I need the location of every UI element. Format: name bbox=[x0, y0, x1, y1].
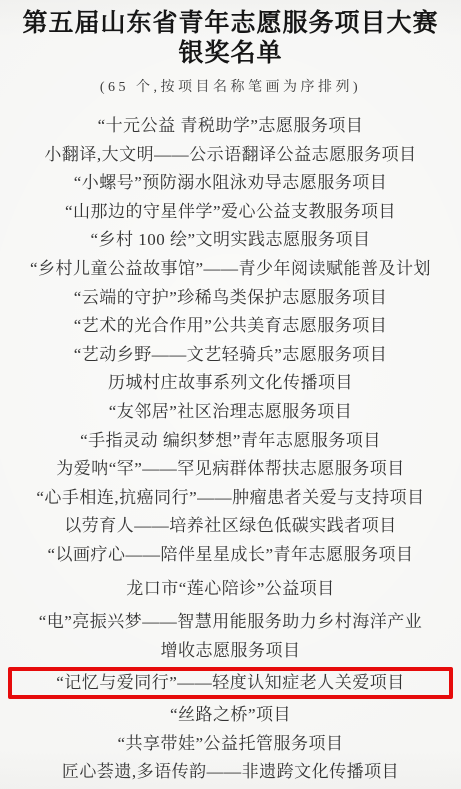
project-item-highlighted: “记忆与爱同行”——轻度认知症老人关爱项目 bbox=[8, 667, 453, 699]
document-subtitle: (65 个,按项目名称笔画为序排列) bbox=[0, 78, 461, 98]
project-item: “友邻居”社区治理志愿服务项目 bbox=[0, 398, 461, 427]
project-item: “艺术的光合作用”公共美育志愿服务项目 bbox=[0, 312, 461, 341]
project-item: “丝路之桥”项目 bbox=[0, 701, 461, 730]
project-item: “手指灵动 编织梦想”青年志愿服务项目 bbox=[0, 427, 461, 456]
project-item-line: 历城村庄故事系列文化传播项目 bbox=[0, 369, 461, 398]
project-item: “云端的守护”珍稀鸟类保护志愿服务项目 bbox=[0, 284, 461, 313]
project-item-line: 为爱呐“罕”——罕见病群体帮扶志愿服务项目 bbox=[0, 455, 461, 484]
project-item-line: “丝路之桥”项目 bbox=[0, 701, 461, 730]
project-item: “电”亮振兴梦——智慧用能服务助力乡村海洋产业增收志愿服务项目 bbox=[0, 608, 461, 665]
project-list: “十元公益 青税助学”志愿服务项目小翻译,大文明——公示语翻译公益志愿服务项目“… bbox=[0, 112, 461, 787]
title-line-1: 第五届山东省青年志愿服务项目大赛 bbox=[0, 7, 461, 40]
project-item: “十元公益 青税助学”志愿服务项目 bbox=[0, 112, 461, 141]
project-item-line: “云端的守护”珍稀鸟类保护志愿服务项目 bbox=[0, 284, 461, 313]
project-item: 小翻译,大文明——公示语翻译公益志愿服务项目 bbox=[0, 141, 461, 170]
project-item-line: 匠心荟遗,多语传韵——非遗跨文化传播项目 bbox=[0, 758, 461, 787]
project-item-line: “乡村 100 绘”文明实践志愿服务项目 bbox=[0, 226, 461, 255]
project-item-line: 以劳育人——培养社区绿色低碳实践者项目 bbox=[0, 512, 461, 541]
project-item: 龙口市“莲心陪诊”公益项目 bbox=[0, 575, 461, 604]
project-item: “共享带娃”公益托管服务项目 bbox=[0, 730, 461, 759]
project-item: 匠心荟遗,多语传韵——非遗跨文化传播项目 bbox=[0, 758, 461, 787]
project-item-line: “小螺号”预防溺水阻泳劝导志愿服务项目 bbox=[0, 169, 461, 198]
project-item: “山那边的守星伴学”爱心公益支教服务项目 bbox=[0, 198, 461, 227]
project-item-line: “艺动乡野——文艺轻骑兵”志愿服务项目 bbox=[0, 341, 461, 370]
project-item-line: “以画疗心——陪伴星星成长”青年志愿服务项目 bbox=[0, 541, 461, 570]
project-item-line: “乡村儿童公益故事馆”——青少年阅读赋能普及计划 bbox=[0, 255, 461, 284]
award-document: 第五届山东省青年志愿服务项目大赛 银奖名单 (65 个,按项目名称笔画为序排列)… bbox=[0, 0, 461, 787]
project-item-line: 小翻译,大文明——公示语翻译公益志愿服务项目 bbox=[0, 141, 461, 170]
project-item-line: 增收志愿服务项目 bbox=[0, 637, 461, 666]
project-item: 为爱呐“罕”——罕见病群体帮扶志愿服务项目 bbox=[0, 455, 461, 484]
project-item: “心手相连,抗癌同行”——肿瘤患者关爱与支持项目 bbox=[0, 484, 461, 513]
project-item-line: “记忆与爱同行”——轻度认知症老人关爱项目 bbox=[12, 671, 449, 695]
project-item: “乡村 100 绘”文明实践志愿服务项目 bbox=[0, 226, 461, 255]
project-item: “艺动乡野——文艺轻骑兵”志愿服务项目 bbox=[0, 341, 461, 370]
project-item-line: “心手相连,抗癌同行”——肿瘤患者关爱与支持项目 bbox=[0, 484, 461, 513]
project-item-line: 龙口市“莲心陪诊”公益项目 bbox=[0, 575, 461, 604]
project-item: “以画疗心——陪伴星星成长”青年志愿服务项目 bbox=[0, 541, 461, 570]
project-item-line: “共享带娃”公益托管服务项目 bbox=[0, 730, 461, 759]
project-item-line: “友邻居”社区治理志愿服务项目 bbox=[0, 398, 461, 427]
title-line-2: 银奖名单 bbox=[0, 40, 461, 68]
project-item-line: “艺术的光合作用”公共美育志愿服务项目 bbox=[0, 312, 461, 341]
project-item: “乡村儿童公益故事馆”——青少年阅读赋能普及计划 bbox=[0, 255, 461, 284]
project-item-line: “电”亮振兴梦——智慧用能服务助力乡村海洋产业 bbox=[0, 608, 461, 637]
project-item: 历城村庄故事系列文化传播项目 bbox=[0, 369, 461, 398]
project-item-line: “十元公益 青税助学”志愿服务项目 bbox=[0, 112, 461, 141]
project-item: “小螺号”预防溺水阻泳劝导志愿服务项目 bbox=[0, 169, 461, 198]
document-title: 第五届山东省青年志愿服务项目大赛 银奖名单 bbox=[0, 7, 461, 68]
project-item-line: “手指灵动 编织梦想”青年志愿服务项目 bbox=[0, 427, 461, 456]
project-item: 以劳育人——培养社区绿色低碳实践者项目 bbox=[0, 512, 461, 541]
project-item-line: “山那边的守星伴学”爱心公益支教服务项目 bbox=[0, 198, 461, 227]
